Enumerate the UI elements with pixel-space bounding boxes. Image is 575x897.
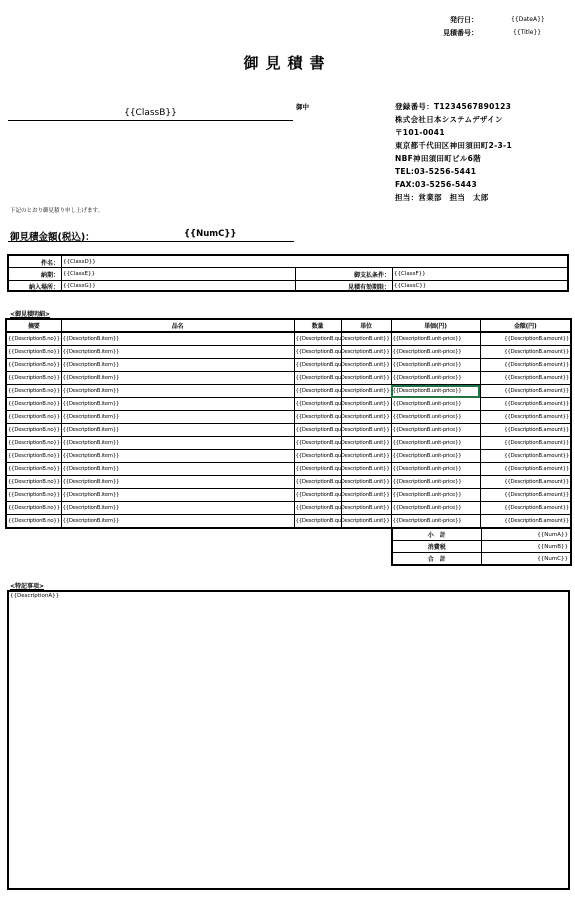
table-cell[interactable]: {{DescriptionB.quantity}}	[294, 411, 341, 424]
column-header: 数量	[294, 319, 341, 332]
table-cell[interactable]: {{DescriptionB.item}}	[61, 463, 294, 476]
table-cell[interactable]: {{DescriptionB.unit-price}}	[391, 385, 480, 398]
table-cell[interactable]: {{DescriptionB.quantity}}	[294, 450, 341, 463]
intro-text: 下記のとおり御見積り申し上げます。	[10, 206, 103, 214]
column-header: 金額(円)	[480, 319, 571, 332]
table-cell[interactable]: {{DescriptionB.item}}	[61, 346, 294, 359]
table-cell[interactable]: {{DescriptionB.no}}	[6, 424, 61, 437]
validity-label: 見積有効期限：	[299, 282, 390, 291]
notes-section-label: <特記事項>	[10, 581, 44, 590]
table-cell[interactable]: {{DescriptionB.no}}	[6, 476, 61, 489]
table-row: {{DescriptionB.no}}{{DescriptionB.item}}…	[6, 489, 571, 502]
table-row: {{DescriptionB.no}}{{DescriptionB.item}}…	[6, 372, 571, 385]
total-amount-label: 御見積金額(税込)：	[10, 229, 95, 243]
details-section-label: <御見積明細>	[10, 309, 50, 318]
table-cell[interactable]: {{DescriptionB.unit-price}}	[391, 489, 480, 502]
document-title: 御見積書	[0, 52, 575, 73]
table-cell[interactable]: {{DescriptionB.quantity}}	[294, 437, 341, 450]
company-info-line: 〒101-0041	[395, 126, 512, 139]
table-cell[interactable]: {{DescriptionB.amount}}	[480, 398, 571, 411]
table-cell[interactable]: {{DescriptionB.quantity}}	[294, 346, 341, 359]
column-header: 品名	[61, 319, 294, 332]
column-header: 単位	[341, 319, 391, 332]
validity-value[interactable]: {{ClassC}}	[394, 283, 426, 289]
table-row: {{DescriptionB.no}}{{DescriptionB.item}}…	[6, 450, 571, 463]
table-row: {{DescriptionB.no}}{{DescriptionB.item}}…	[6, 463, 571, 476]
table-cell[interactable]: {{DescriptionB.quantity}}	[294, 398, 341, 411]
table-cell[interactable]: {{DescriptionB.unit-price}}	[391, 437, 480, 450]
table-cell[interactable]: {{DescriptionB.unit}}	[341, 346, 391, 359]
table-row: {{DescriptionB.no}}{{DescriptionB.item}}…	[6, 476, 571, 489]
table-cell[interactable]: {{DescriptionB.unit-price}}	[391, 515, 480, 529]
table-cell[interactable]: {{DescriptionB.no}}	[6, 359, 61, 372]
table-cell[interactable]: {{DescriptionB.unit-price}}	[391, 332, 480, 346]
table-cell[interactable]: {{DescriptionB.quantity}}	[294, 476, 341, 489]
table-cell[interactable]: {{DescriptionB.item}}	[61, 398, 294, 411]
quote-number-label: 見積番号：	[418, 28, 478, 38]
table-cell[interactable]: {{DescriptionB.quantity}}	[294, 359, 341, 372]
company-info-line: FAX:03-5256-5443	[395, 178, 512, 191]
issue-date-label: 発行日：	[418, 15, 478, 25]
subject-value[interactable]: {{ClassD}}	[63, 259, 96, 265]
table-cell[interactable]: {{DescriptionB.quantity}}	[294, 502, 341, 515]
summary-row: 小 計{{NumA}}	[392, 528, 571, 541]
table-cell[interactable]: {{DescriptionB.unit}}	[341, 463, 391, 476]
table-cell[interactable]: {{DescriptionB.quantity}}	[294, 385, 341, 398]
table-row: {{DescriptionB.no}}{{DescriptionB.item}}…	[6, 359, 571, 372]
payment-terms-label: 御支払条件：	[299, 270, 390, 279]
delivery-place-value[interactable]: {{ClassG}}	[63, 283, 96, 289]
table-cell[interactable]: {{DescriptionB.no}}	[6, 489, 61, 502]
table-cell[interactable]: {{DescriptionB.unit}}	[341, 424, 391, 437]
table-cell[interactable]: {{DescriptionB.amount}}	[480, 346, 571, 359]
table-cell[interactable]: {{DescriptionB.no}}	[6, 332, 61, 346]
table-row: {{DescriptionB.no}}{{DescriptionB.item}}…	[6, 424, 571, 437]
company-info-line: 登録番号：T1234567890123	[395, 100, 512, 113]
table-cell[interactable]: {{DescriptionB.unit}}	[341, 372, 391, 385]
table-cell[interactable]: {{DescriptionB.amount}}	[480, 489, 571, 502]
company-info-line: 東京都千代田区神田須田町2-3-1	[395, 139, 512, 152]
table-cell[interactable]: {{DescriptionB.no}}	[6, 411, 61, 424]
table-cell[interactable]: {{DescriptionB.quantity}}	[294, 424, 341, 437]
table-cell[interactable]: {{DescriptionB.unit}}	[341, 489, 391, 502]
summary-label: 消費税	[392, 541, 481, 553]
table-row: {{DescriptionB.no}}{{DescriptionB.item}}…	[6, 346, 571, 359]
table-cell[interactable]: {{DescriptionB.no}}	[6, 502, 61, 515]
table-row: {{DescriptionB.no}}{{DescriptionB.item}}…	[6, 398, 571, 411]
table-cell[interactable]: {{DescriptionB.unit}}	[341, 385, 391, 398]
table-cell[interactable]: {{DescriptionB.item}}	[61, 489, 294, 502]
customer-name: {{ClassB}}	[8, 108, 293, 121]
subject-label: 件名：	[9, 258, 59, 267]
table-cell[interactable]: {{DescriptionB.amount}}	[480, 332, 571, 346]
table-cell[interactable]: {{DescriptionB.amount}}	[480, 359, 571, 372]
customer-honorific: 御中	[296, 102, 309, 111]
summary-value[interactable]: {{NumA}}	[481, 528, 571, 541]
company-info-line: 担当：営業部 担当 太郎	[395, 191, 512, 204]
table-cell[interactable]: {{DescriptionB.unit-price}}	[391, 463, 480, 476]
table-cell[interactable]: {{DescriptionB.unit}}	[341, 476, 391, 489]
table-cell[interactable]: {{DescriptionB.unit}}	[341, 502, 391, 515]
company-info: 登録番号：T1234567890123株式会社日本システムデザイン〒101-00…	[395, 100, 512, 204]
table-cell[interactable]: {{DescriptionB.unit-price}}	[391, 359, 480, 372]
table-cell[interactable]: {{DescriptionB.item}}	[61, 502, 294, 515]
table-cell[interactable]: {{DescriptionB.quantity}}	[294, 489, 341, 502]
table-cell[interactable]: {{DescriptionB.no}}	[6, 385, 61, 398]
company-info-line: NBF神田須田町ビル6階	[395, 152, 512, 165]
summary-row: 消費税{{NumB}}	[392, 541, 571, 553]
issue-date-value: {{DateA}}	[511, 16, 545, 23]
table-cell[interactable]: {{DescriptionB.item}}	[61, 450, 294, 463]
table-cell[interactable]: {{DescriptionB.item}}	[61, 332, 294, 346]
table-cell[interactable]: {{DescriptionB.unit-price}}	[391, 372, 480, 385]
delivery-label: 納期：	[9, 270, 59, 279]
table-row: {{DescriptionB.no}}{{DescriptionB.item}}…	[6, 411, 571, 424]
table-cell[interactable]: {{DescriptionB.unit}}	[341, 359, 391, 372]
delivery-place-label: 納入場所：	[9, 282, 59, 291]
table-cell[interactable]: {{DescriptionB.item}}	[61, 515, 294, 529]
summary-value[interactable]: {{NumB}}	[481, 541, 571, 553]
table-cell[interactable]: {{DescriptionB.unit}}	[341, 437, 391, 450]
table-cell[interactable]: {{DescriptionB.item}}	[61, 424, 294, 437]
table-cell[interactable]: {{DescriptionB.quantity}}	[294, 463, 341, 476]
table-row: {{DescriptionB.no}}{{DescriptionB.item}}…	[6, 515, 571, 529]
quote-info-box: 件名： {{ClassD}} 納期： {{ClassE}} 納入場所： {{Cl…	[7, 254, 569, 292]
table-cell[interactable]: {{DescriptionB.amount}}	[480, 450, 571, 463]
table-cell[interactable]: {{DescriptionB.quantity}}	[294, 332, 341, 346]
table-cell[interactable]: {{DescriptionB.item}}	[61, 372, 294, 385]
table-cell[interactable]: {{DescriptionB.unit-price}}	[391, 476, 480, 489]
table-row: {{DescriptionB.no}}{{DescriptionB.item}}…	[6, 385, 571, 398]
table-cell[interactable]: {{DescriptionB.unit-price}}	[391, 502, 480, 515]
table-cell[interactable]: {{DescriptionB.unit-price}}	[391, 398, 480, 411]
table-cell[interactable]: {{DescriptionB.quantity}}	[294, 515, 341, 529]
table-cell[interactable]: {{DescriptionB.amount}}	[480, 437, 571, 450]
table-cell[interactable]: {{DescriptionB.item}}	[61, 411, 294, 424]
table-cell[interactable]: {{DescriptionB.unit-price}}	[391, 424, 480, 437]
summary-row: 合 計{{NumC}}	[392, 553, 571, 566]
table-cell[interactable]: {{DescriptionB.no}}	[6, 346, 61, 359]
table-cell[interactable]: {{DescriptionB.unit-price}}	[391, 346, 480, 359]
table-row: {{DescriptionB.no}}{{DescriptionB.item}}…	[6, 437, 571, 450]
table-cell[interactable]: {{DescriptionB.unit}}	[341, 398, 391, 411]
table-cell[interactable]: {{DescriptionB.unit-price}}	[391, 450, 480, 463]
table-cell[interactable]: {{DescriptionB.unit-price}}	[391, 411, 480, 424]
table-cell[interactable]: {{DescriptionB.amount}}	[480, 424, 571, 437]
details-table: 摘要品名数量単位単価(円)金額(円) {{DescriptionB.no}}{{…	[5, 318, 572, 529]
table-cell[interactable]: {{DescriptionB.amount}}	[480, 502, 571, 515]
table-cell[interactable]: {{DescriptionB.no}}	[6, 437, 61, 450]
table-row: {{DescriptionB.no}}{{DescriptionB.item}}…	[6, 332, 571, 346]
company-info-line: TEL:03-5256-5441	[395, 165, 512, 178]
column-header: 単価(円)	[391, 319, 480, 332]
table-cell[interactable]: {{DescriptionB.amount}}	[480, 515, 571, 529]
column-header: 摘要	[6, 319, 61, 332]
table-cell[interactable]: {{DescriptionB.quantity}}	[294, 372, 341, 385]
notes-box[interactable]: {{DescriptionA}}	[7, 590, 570, 890]
notes-text[interactable]: {{DescriptionA}}	[10, 593, 59, 599]
table-row: {{DescriptionB.no}}{{DescriptionB.item}}…	[6, 502, 571, 515]
table-cell[interactable]: {{DescriptionB.no}}	[6, 515, 61, 529]
table-cell[interactable]: {{DescriptionB.item}}	[61, 359, 294, 372]
table-cell[interactable]: {{DescriptionB.no}}	[6, 398, 61, 411]
payment-terms-value[interactable]: {{ClassF}}	[394, 271, 426, 277]
table-cell[interactable]: {{DescriptionB.amount}}	[480, 411, 571, 424]
summary-label: 小 計	[392, 528, 481, 541]
table-cell[interactable]: {{DescriptionB.amount}}	[480, 463, 571, 476]
summary-value[interactable]: {{NumC}}	[481, 553, 571, 566]
table-cell[interactable]: {{DescriptionB.no}}	[6, 450, 61, 463]
company-info-line: 株式会社日本システムデザイン	[395, 113, 512, 126]
table-cell[interactable]: {{DescriptionB.no}}	[6, 372, 61, 385]
delivery-value[interactable]: {{ClassE}}	[63, 271, 95, 277]
table-cell[interactable]: {{DescriptionB.unit}}	[341, 332, 391, 346]
table-cell[interactable]: {{DescriptionB.unit}}	[341, 450, 391, 463]
quote-number-value: {{Title}}	[513, 29, 541, 36]
table-cell[interactable]: {{DescriptionB.item}}	[61, 385, 294, 398]
table-cell[interactable]: {{DescriptionB.no}}	[6, 463, 61, 476]
summary-table: 小 計{{NumA}}消費税{{NumB}}合 計{{NumC}}	[391, 527, 572, 566]
table-cell[interactable]: {{DescriptionB.amount}}	[480, 476, 571, 489]
summary-label: 合 計	[392, 553, 481, 566]
table-cell[interactable]: {{DescriptionB.amount}}	[480, 385, 571, 398]
table-cell[interactable]: {{DescriptionB.item}}	[61, 476, 294, 489]
table-cell[interactable]: {{DescriptionB.item}}	[61, 437, 294, 450]
total-amount: 御見積金額(税込)： {{NumC}}	[8, 229, 294, 242]
total-amount-value: {{NumC}}	[184, 229, 236, 239]
table-cell[interactable]: {{DescriptionB.unit}}	[341, 515, 391, 529]
table-cell[interactable]: {{DescriptionB.unit}}	[341, 411, 391, 424]
table-cell[interactable]: {{DescriptionB.amount}}	[480, 372, 571, 385]
